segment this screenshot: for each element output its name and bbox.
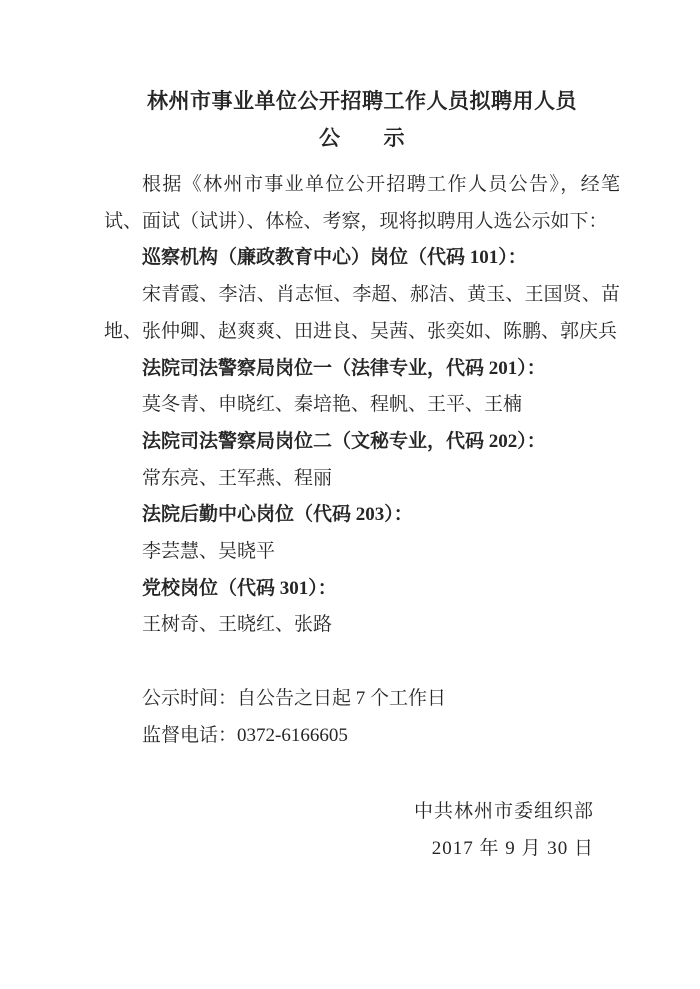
section-heading-code-202: 法院司法警察局岗位二（文秘专业，代码 202）： [104,424,620,461]
section-heading-code-301: 党校岗位（代码 301）： [104,571,620,608]
notice-info-block: 公示时间：自公告之日起 7 个工作日 监督电话：0372-6166605 [104,681,620,754]
section-heading-code-203: 法院后勤中心岗位（代码 203）： [104,497,620,534]
signature-date: 2017 年 9 月 30 日 [104,831,594,868]
document-title-line1: 林州市事业单位公开招聘工作人员拟聘用人员 [104,83,620,120]
signature-block: 中共林州市委组织部 2017 年 9 月 30 日 [104,794,620,867]
section-names-code-201: 莫冬青、申晓红、秦培艳、程帆、王平、王楠 [104,387,620,424]
section-names-code-301: 王树奇、王晓红、张路 [104,607,620,644]
intro-paragraph: 根据《林州市事业单位公开招聘工作人员公告》，经笔试、面试（试讲）、体检、考察，现… [104,167,620,240]
signature-organization: 中共林州市委组织部 [104,794,594,831]
section-names-code-202: 常东亮、王军燕、程丽 [104,461,620,498]
notice-period-line: 公示时间：自公告之日起 7 个工作日 [104,681,620,718]
section-heading-code-201: 法院司法警察局岗位一（法律专业，代码 201）： [104,351,620,388]
section-names-code-203: 李芸慧、吴晓平 [104,534,620,571]
section-heading-code-101: 巡察机构（廉政教育中心）岗位（代码 101）： [104,240,620,277]
supervision-phone-line: 监督电话：0372-6166605 [104,718,620,755]
notice-document-page: 林州市事业单位公开招聘工作人员拟聘用人员 公 示 根据《林州市事业单位公开招聘工… [0,0,700,989]
document-title-line2: 公 示 [104,120,620,157]
section-names-code-101: 宋青霞、李洁、肖志恒、李超、郝洁、黄玉、王国贤、苗地、张仲卿、赵爽爽、田进良、吴… [104,277,620,350]
